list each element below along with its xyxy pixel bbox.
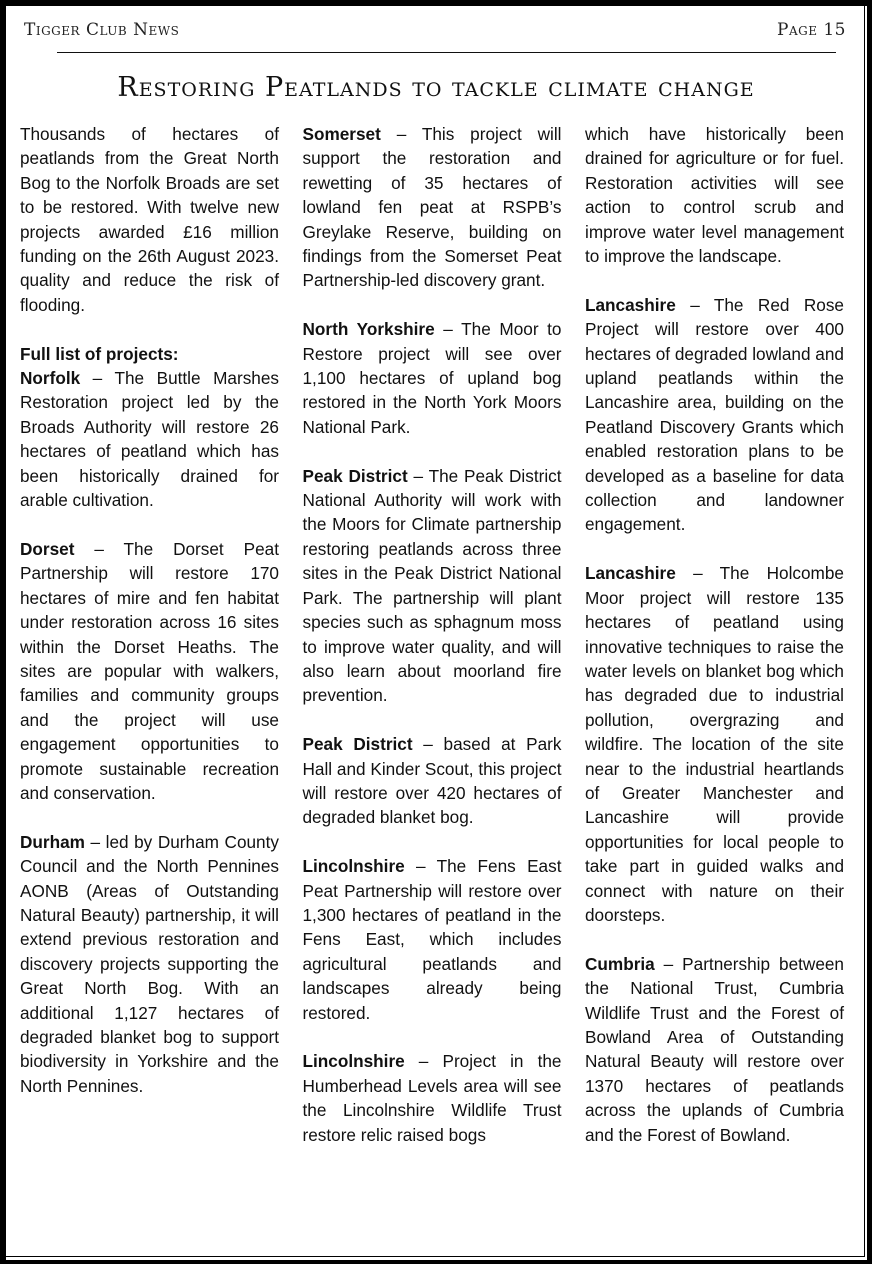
- project-item: Lincolnshire – Project in the Humberhead…: [303, 1049, 562, 1147]
- header-divider: [57, 52, 836, 53]
- project-description: – The Red Rose Project will restore over…: [585, 295, 844, 535]
- project-region: Lancashire: [585, 563, 676, 583]
- project-description: – The Fens East Peat Partnership will re…: [303, 856, 562, 1022]
- project-region: Lancashire: [585, 295, 676, 315]
- project-item: Lancashire – The Red Rose Project will r…: [585, 293, 844, 537]
- project-region: Dorset: [20, 539, 74, 559]
- project-region: Norfolk: [20, 368, 80, 388]
- project-description: – The Peak District National Authority w…: [303, 466, 562, 706]
- page-border-left: [0, 0, 6, 1264]
- project-region: Durham: [20, 832, 85, 852]
- project-region: Cumbria: [585, 954, 655, 974]
- article-title: Restoring Peatlands to tackle climate ch…: [0, 72, 872, 103]
- article-body: Thousands of hectares of peatlands from …: [20, 122, 844, 1242]
- project-item: Durham – led by Durham County Council an…: [20, 830, 279, 1098]
- intro-paragraph: Thousands of hectares of peatlands from …: [20, 122, 279, 317]
- project-item: Peak District – based at Park Hall and K…: [303, 732, 562, 830]
- project-description: – This project will support the restorat…: [303, 124, 562, 290]
- project-list-heading: Full list of projects:: [20, 342, 279, 366]
- project-item: Lancashire – The Holcombe Moor project w…: [585, 561, 844, 927]
- page-header: Tigger Club News Page 15: [24, 20, 846, 44]
- project-item: Somerset – This project will support the…: [303, 122, 562, 293]
- project-region: Peak District: [303, 734, 413, 754]
- list-heading-label: Full list of projects:: [20, 344, 179, 364]
- project-description: – Partnership between the National Trust…: [585, 954, 844, 1145]
- project-region: Peak District: [303, 466, 408, 486]
- project-description: – The Buttle Marshes Restoration project…: [20, 368, 279, 510]
- project-item: Peak District – The Peak District Nation…: [303, 464, 562, 708]
- project-description: – led by Durham County Council and the N…: [20, 832, 279, 1096]
- project-region: North Yorkshire: [303, 319, 435, 339]
- column-3: which have historically been drained for…: [585, 122, 844, 1242]
- project-region: Lincolnshire: [303, 856, 405, 876]
- column-2: Somerset – This project will support the…: [303, 122, 562, 1242]
- project-region: Lincolnshire: [303, 1051, 405, 1071]
- project-description: – The Holcombe Moor project will restore…: [585, 563, 844, 925]
- project-item: Lincolnshire – The Fens East Peat Partne…: [303, 854, 562, 1025]
- page-border-top: [0, 0, 872, 6]
- page-border-right: [867, 0, 872, 1264]
- project-region: Somerset: [303, 124, 381, 144]
- project-item: North Yorkshire – The Moor to Restore pr…: [303, 317, 562, 439]
- project-item: Dorset – The Dorset Peat Partnership wil…: [20, 537, 279, 805]
- project-item: Norfolk – The Buttle Marshes Restoration…: [20, 366, 279, 512]
- project-item-continued: which have historically been drained for…: [585, 122, 844, 268]
- column-1: Thousands of hectares of peatlands from …: [20, 122, 279, 1242]
- publication-title: Tigger Club News: [24, 20, 179, 40]
- project-description: – The Dorset Peat Partnership will resto…: [20, 539, 279, 803]
- project-item: Cumbria – Partnership between the Nation…: [585, 952, 844, 1147]
- page-number: Page 15: [777, 20, 846, 40]
- page-border-bottom: [0, 1260, 872, 1264]
